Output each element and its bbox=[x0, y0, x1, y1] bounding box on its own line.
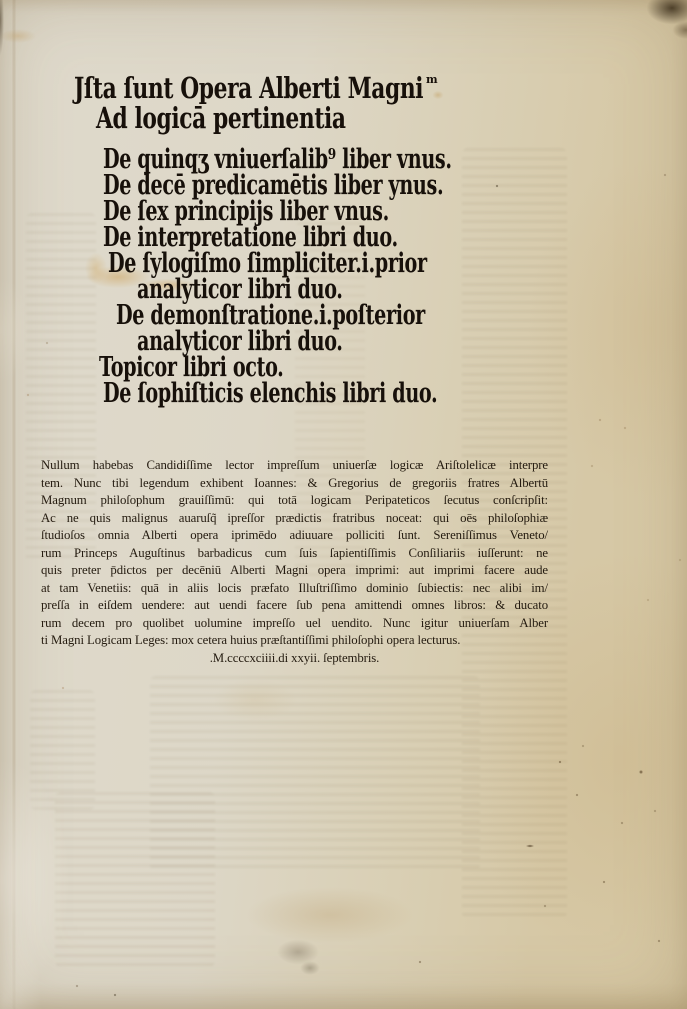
title-line-2: Ad logicā pertinentia bbox=[96, 104, 540, 133]
title-heading: Jſta ſunt Opera Alberti Magni m Ad logic… bbox=[74, 74, 540, 133]
book-page-scan: Jſta ſunt Opera Alberti Magni m Ad logic… bbox=[0, 0, 687, 1009]
colophon-line: rum decem pro quolibet uolumine impreſſo… bbox=[41, 615, 548, 633]
colophon-line: preſſa in eiſdem uendere: aut uendi face… bbox=[41, 597, 548, 615]
colophon-date: .M.ccccxciiii.di xxyii. ſeptembris. bbox=[41, 650, 548, 668]
colophon-paragraph: Nullum habebas Candidiſſime lector impre… bbox=[41, 457, 548, 668]
colophon-line: Ac ne quis malignus auaruſq̃ ipreſſor pr… bbox=[41, 510, 548, 528]
superscript-abbreviation: m bbox=[426, 65, 437, 94]
title-line-1: Jſta ſunt Opera Alberti Magni bbox=[74, 74, 540, 103]
colophon-line: tem. Nunc tibi legendum exhibent Ioannes… bbox=[41, 475, 548, 493]
colophon-line: at tam Venetiis: quā in aliis locis præf… bbox=[41, 580, 548, 598]
works-item: De ſophiſticis elenchis libri duo. bbox=[103, 381, 594, 407]
colophon-line: Magnum philoſophum grauiſſimū: qui totā … bbox=[41, 492, 548, 510]
colophon-line: rum Princeps Auguſtinus barbadicus cum ſ… bbox=[41, 545, 548, 563]
colophon-line: Nullum habebas Candidiſſime lector impre… bbox=[41, 457, 548, 475]
works-list: De quinqʒ vniuerſalib⁹ liber vnus. De de… bbox=[96, 147, 594, 407]
colophon-line: ſtudioſos omnia Alberti opera iprimēdo a… bbox=[41, 527, 548, 545]
colophon-line: quis preter p̄dictos per decēniū Alberti… bbox=[41, 562, 548, 580]
colophon-line: ti Magni Logicam Leges: mox cetera huius… bbox=[41, 632, 548, 650]
